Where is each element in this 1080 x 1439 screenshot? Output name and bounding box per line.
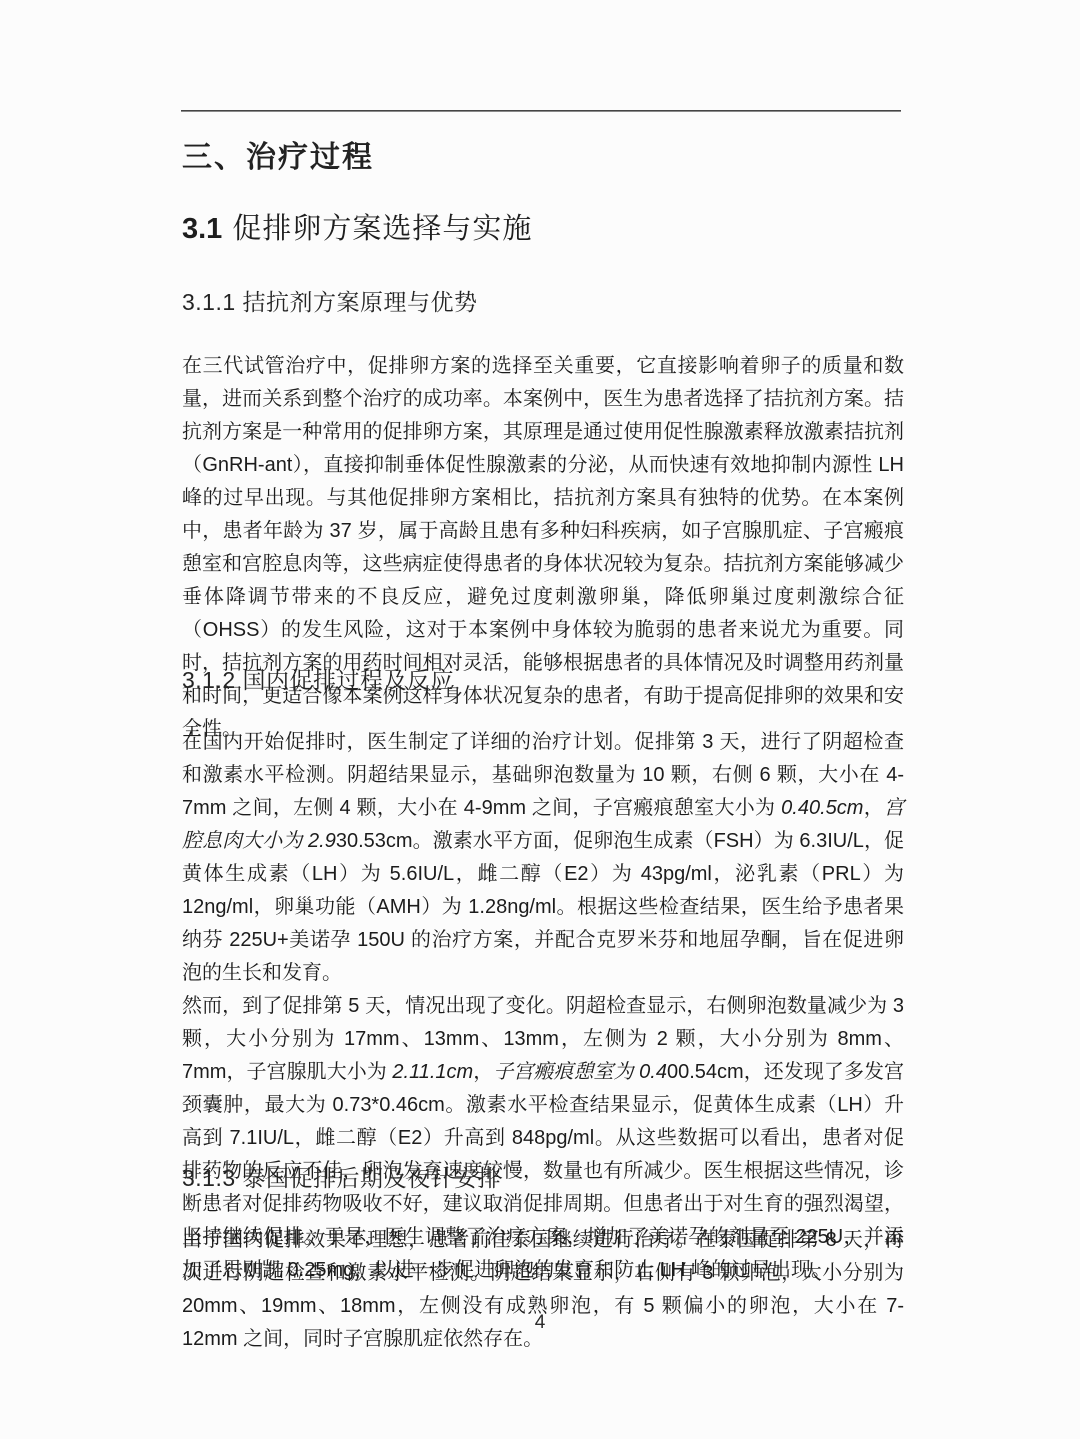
subsection-heading-313: 3.1.3 泰国促排后期及夜针安排 [182,1160,904,1193]
text-segment: 0.40.5cm [781,797,863,819]
paragraph: 在国内开始促排时，医生制定了详细的治疗计划。促排第 3 天，进行了阴超检查和激素… [182,726,904,990]
subsection-heading-312: 3.1.2 国内促排过程及反应 [182,662,904,695]
text-segment: 子宫瘢痕憩室为 0.4 [493,1061,667,1083]
subsection-body-313: 由于国内促排效果不理想，患者前往泰国继续进行治疗。在泰国促排第 8 天，再次进行… [182,1224,904,1356]
top-rule-divider [181,110,901,112]
paragraph: 由于国内促排效果不理想，患者前往泰国继续进行治疗。在泰国促排第 8 天，再次进行… [182,1224,904,1356]
page-number: 4 [0,1312,1080,1334]
text-segment: ， [473,1061,493,1083]
text-segment: ， [863,797,884,819]
subsection-body-312: 在国内开始促排时，医生制定了详细的治疗计划。促排第 3 天，进行了阴超检查和激素… [182,726,904,1287]
section-title: 促排卵方案选择与实施 [232,213,532,245]
section-number: 3.1 [182,213,222,245]
text-segment: 2.11.1cm [392,1061,473,1083]
text-segment: 30.53cm。激素水平方面，促卵泡生成素（FSH）为 6.3IU/L，促黄体生… [182,830,904,984]
subsection-heading-311: 3.1.1 拮抗剂方案原理与优势 [182,284,904,317]
document-page: 三、治疗过程 3.1促排卵方案选择与实施 3.1.1 拮抗剂方案原理与优势 在三… [0,0,1080,1439]
section-heading: 3.1促排卵方案选择与实施 [182,206,904,247]
chapter-heading: 三、治疗过程 [182,132,904,176]
